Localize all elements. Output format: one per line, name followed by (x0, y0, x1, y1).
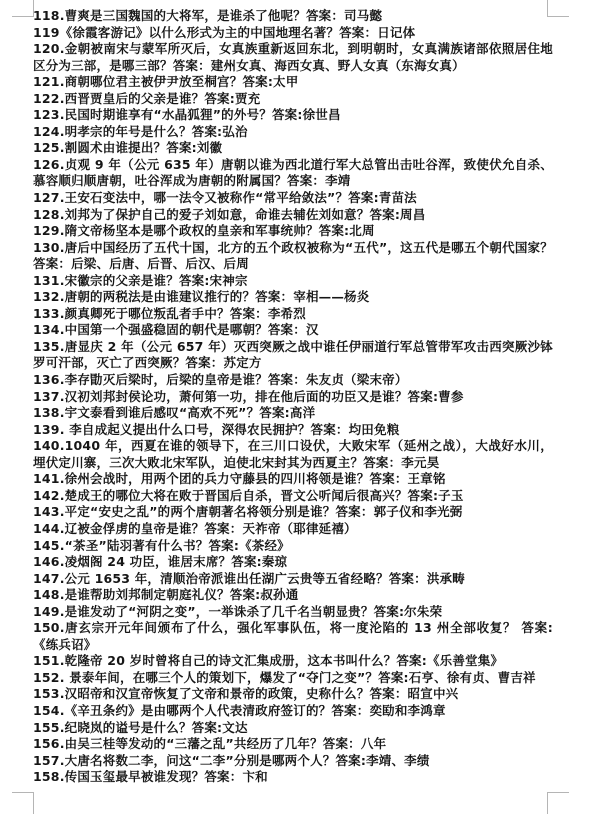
qa-item: 156.由吴三桂等发动的“三藩之乱”共经历了几年？答案：八年 (33, 736, 553, 753)
qa-list: 118.曹爽是三国魏国的大将军，是谁杀了他呢？答案：司马懿119《徐霞客游记》以… (33, 8, 553, 786)
qa-item: 128.刘邦为了保护自己的爱子刘如意，命谁去辅佐刘如意？答案:周昌 (33, 207, 553, 224)
qa-item: 143.平定“安史之乱”的两个唐朝著名将领分别是谁？答案：郭子仪和李光弼 (33, 504, 553, 521)
qa-item: 150.唐玄宗开元年间颁布了什么，强化军事队伍，将一度沦陷的 13 州全部收复？… (33, 620, 553, 653)
qa-item: 145.“茶圣”陆羽著有什么书？答案:《茶经》 (33, 538, 553, 555)
qa-item: 153.汉昭帝和汉宣帝恢复了文帝和景帝的政策，史称什么？答案：昭宣中兴 (33, 686, 553, 703)
qa-item: 120.金朝被南宋与蒙军所灭后，女真族重新返回东北，到明朝时，女真满族诸部依照居… (33, 41, 553, 74)
qa-item: 136.李存勖灭后梁时，后梁的皇帝是谁？答案：朱友贞（梁末帝） (33, 372, 553, 389)
qa-item: 144.辽被金俘虏的皇帝是谁？答案：天祚帝（耶律延禧） (33, 521, 553, 538)
qa-item: 118.曹爽是三国魏国的大将军，是谁杀了他呢？答案：司马懿 (33, 8, 553, 25)
qa-item: 154.《辛丑条约》是由哪两个人代表清政府签订的？答案：奕劻和李鸿章 (33, 703, 553, 720)
qa-item: 130.唐后中国经历了五代十国，北方的五个政权被称为“五代”，这五代是哪五个朝代… (33, 240, 553, 273)
qa-item: 133.颜真卿死于哪位叛乱者手中？答案：李希烈 (33, 306, 553, 323)
text-boundary-mark-bottom-left (12, 792, 34, 814)
qa-item: 138.宇文泰看到谁后感叹“高欢不死”？答案:高洋 (33, 405, 553, 422)
qa-item: 119《徐霞客游记》以什么形式为主的中国地理名著？答案：日记体 (33, 25, 553, 42)
qa-item: 131.宋徽宗的父亲是谁？答案:宋神宗 (33, 273, 553, 290)
qa-item: 137.汉初刘邦封侯论功，萧何第一功，排在他后面的功臣又是谁？答案:曹参 (33, 389, 553, 406)
qa-item: 146.凌烟阁 24 功臣，谁居末席？答案:秦琼 (33, 554, 553, 571)
qa-item: 122.西晋贾皇后的父亲是谁？答案:贾充 (33, 91, 553, 108)
qa-item: 152. 景泰年间，在哪三个人的策划下，爆发了“夺门之变”？答案:石亨、徐有贞、… (33, 670, 553, 687)
qa-item: 132.唐朝的两税法是由谁建议推行的？答案：宰相——杨炎 (33, 289, 553, 306)
qa-item: 126.贞观 9 年（公元 635 年）唐朝以谁为西北道行军大总管出击吐谷浑，致… (33, 157, 553, 190)
qa-item: 155.纪晓岚的谥号是什么？答案:文达 (33, 720, 553, 737)
qa-item: 139. 李自成起义提出什么口号，深得农民拥护？答案：均田免粮 (33, 422, 553, 439)
qa-item: 141.徐州会战时，用两个团的兵力守藤县的四川将领是谁？答案：王章铭 (33, 471, 553, 488)
qa-item: 158.传国玉玺最早被谁发现？答案：卞和 (33, 769, 553, 786)
qa-item: 121.商朝哪位君主被伊尹放至桐宫？答案:太甲 (33, 74, 553, 91)
qa-item: 148.是谁帮助刘邦制定朝庭礼仪？答案:叔孙通 (33, 587, 553, 604)
qa-item: 147.公元 1653 年，清顺治帝派谁出任湖广云贵等五省经略？答案：洪承畴 (33, 571, 553, 588)
text-boundary-mark-top-left (12, 0, 34, 17)
qa-item: 157.大唐名将数二李，问这“二李”分别是哪两个人？答案:李靖、李绩 (33, 753, 553, 770)
qa-item: 127.王安石变法中，哪一法令又被称作“常平给敛法”？答案:青苗法 (33, 190, 553, 207)
qa-item: 149.是谁发动了“河阴之变”，一举诛杀了几千名当朝显贵？答案:尔朱荣 (33, 604, 553, 621)
qa-item: 125.割圆术由谁提出？答案:刘徽 (33, 140, 553, 157)
qa-item: 140.1040 年，西夏在谁的领导下，在三川口设伏，大败宋军（延州之战），大战… (33, 438, 553, 471)
qa-item: 124.明孝宗的年号是什么？答案:弘治 (33, 124, 553, 141)
qa-item: 142.楚成王的哪位大将在败于晋国后自杀，晋文公听闻后很高兴？答案:子玉 (33, 488, 553, 505)
text-boundary-mark-bottom-right (547, 792, 569, 814)
qa-item: 135.唐显庆 2 年（公元 657 年）灭西突厥之战中谁任伊丽道行军总管带军攻… (33, 339, 553, 372)
qa-item: 134.中国第一个强盛稳固的朝代是哪朝？答案：汉 (33, 322, 553, 339)
qa-item: 151.乾隆帝 20 岁时曾将自己的诗文汇集成册，这本书叫什么？答案:《乐善堂集… (33, 653, 553, 670)
qa-item: 123.民国时期谁享有“水晶狐狸”的外号？答案:徐世昌 (33, 107, 553, 124)
qa-item: 129.隋文帝杨坚本是哪个政权的皇亲和军事统帅？答案:北周 (33, 223, 553, 240)
document-page[interactable]: 118.曹爽是三国魏国的大将军，是谁杀了他呢？答案：司马懿119《徐霞客游记》以… (0, 0, 615, 815)
